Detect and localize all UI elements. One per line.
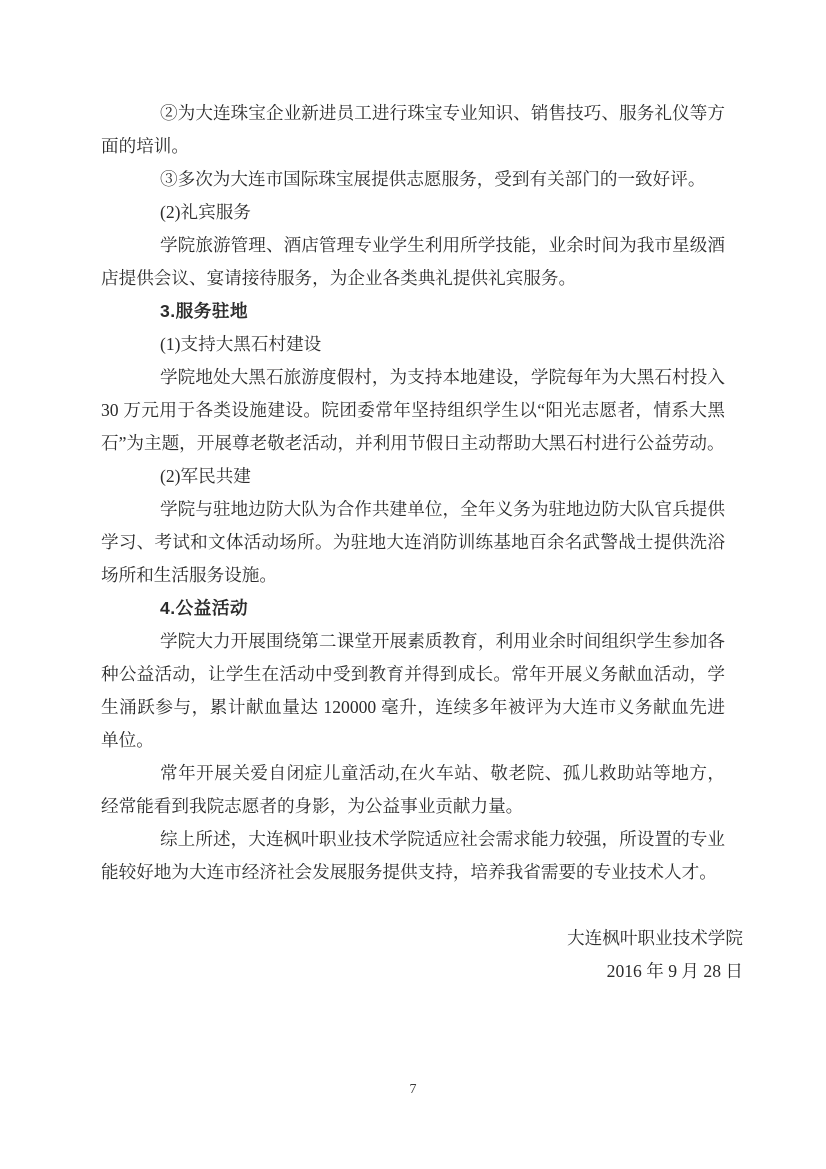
- subsection-label: (2)礼宾服务: [101, 196, 725, 229]
- paragraph: 综上所述，大连枫叶职业技术学院适应社会需求能力较强，所设置的专业能较好地为大连市…: [101, 823, 725, 889]
- paragraph: 常年开展关爱自闭症儿童活动,在火车站、敬老院、孤儿救助站等地方，经常能看到我院志…: [101, 757, 725, 823]
- paragraph: 学院大力开展围绕第二课堂开展素质教育，利用业余时间组织学生参加各种公益活动，让学…: [101, 625, 725, 757]
- signature-date: 2016 年 9 月 28 日: [101, 955, 743, 988]
- section-heading-3: 3.服务驻地: [101, 295, 725, 328]
- paragraph: 学院地处大黑石旅游度假村，为支持本地建设，学院每年为大黑石村投入 30 万元用于…: [101, 361, 725, 460]
- document-body: ②为大连珠宝企业新进员工进行珠宝专业知识、销售技巧、服务礼仪等方面的培训。 ③多…: [101, 97, 725, 988]
- paragraph: 学院旅游管理、酒店管理专业学生利用所学技能，业余时间为我市星级酒店提供会议、宴请…: [101, 229, 725, 295]
- signature-organization: 大连枫叶职业技术学院: [101, 922, 743, 955]
- page-number: 7: [0, 1080, 826, 1100]
- signature-block: 大连枫叶职业技术学院 2016 年 9 月 28 日: [101, 922, 743, 988]
- document-page: ②为大连珠宝企业新进员工进行珠宝专业知识、销售技巧、服务礼仪等方面的培训。 ③多…: [0, 0, 826, 1169]
- subsection-label: (1)支持大黑石村建设: [101, 328, 725, 361]
- paragraph: ②为大连珠宝企业新进员工进行珠宝专业知识、销售技巧、服务礼仪等方面的培训。: [101, 97, 725, 163]
- subsection-label: (2)军民共建: [101, 460, 725, 493]
- paragraph: ③多次为大连市国际珠宝展提供志愿服务，受到有关部门的一致好评。: [101, 163, 725, 196]
- paragraph: 学院与驻地边防大队为合作共建单位，全年义务为驻地边防大队官兵提供学习、考试和文体…: [101, 493, 725, 592]
- section-heading-4: 4.公益活动: [101, 592, 725, 625]
